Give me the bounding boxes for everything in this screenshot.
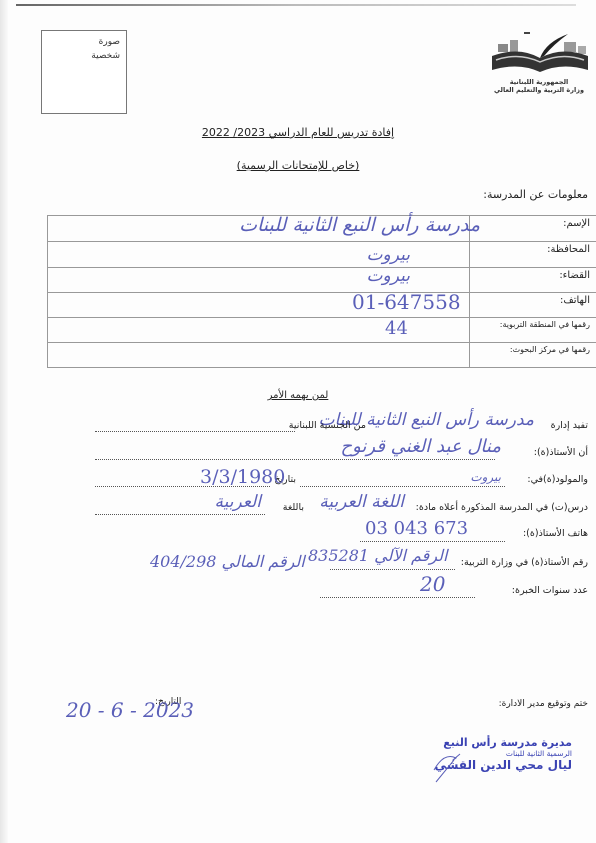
teacher-phone-label: هاتف الأستاذ(ة): <box>523 528 588 539</box>
district-value: بيروت <box>330 266 410 286</box>
logo-caption-2: وزارة التربية والتعليم العالي <box>484 86 594 94</box>
to-whom-heading: لمن يهمه الأمر <box>0 390 596 401</box>
experience-label: عدد سنوات الخبرة: <box>512 585 588 596</box>
governorate-value: بيروت <box>330 245 410 265</box>
educational-region-label: رقمها في المنطقة التربوية: <box>470 318 596 343</box>
ministry-number-label: رقم الأستاذ(ة) في وزارة التربية: <box>461 557 588 568</box>
ministry-logo: الجمهورية اللبنانية وزارة التربية والتعل… <box>484 30 594 106</box>
language-label: باللغة <box>283 502 304 513</box>
experience-value: 20 <box>420 572 445 596</box>
page-subtitle: (خاص للإمتحانات الرسمية) <box>0 159 596 172</box>
governorate-label: المحافظة: <box>470 242 596 268</box>
ministry-number-dots <box>330 568 455 570</box>
logo-caption-1: الجمهورية اللبنانية <box>484 78 594 86</box>
page-title: إفادة تدريس للعام الدراسي 2023/ 2022 <box>0 126 596 139</box>
educational-region-value: 44 <box>385 318 408 339</box>
financial-number-value: الرقم المالي 404/298 <box>150 552 305 571</box>
subject-value: اللغة العربية <box>319 492 404 512</box>
scan-top-line <box>16 4 576 6</box>
photo-label-2: شخصية <box>91 51 120 61</box>
born-place-label: والمولود(ة)في: <box>527 474 588 485</box>
phone-label: الهاتف: <box>470 293 596 318</box>
teacher-dots <box>95 458 495 460</box>
school-info-table: الإسم: المحافظة: القضاء: الهاتف: رقمها ف… <box>47 215 596 368</box>
signature-label: ختم وتوقيع مدير الادارة: <box>499 699 588 709</box>
language-dots <box>95 513 265 515</box>
footer-date-value: 20 - 6 - 2023 <box>66 698 194 722</box>
school-name-value: مدرسة رأس النبع الثانية للبنات <box>205 214 480 236</box>
teacher-name-value: منال عبد الغني قرنوح <box>341 436 502 457</box>
ministry-number-value: الرقم الآلي 835281 <box>308 546 447 565</box>
school-phone-value: 01-647558 <box>352 290 461 314</box>
born-place-value: بيروت <box>470 470 501 484</box>
open-book-logo-icon <box>484 30 594 78</box>
signature-scribble-icon <box>430 742 470 784</box>
language-value: العربية <box>215 492 261 512</box>
research-center-label: رقمها في مركز البحوث: <box>470 343 596 368</box>
admin-dots <box>95 430 295 432</box>
photo-placeholder: صورة شخصية <box>41 30 127 114</box>
experience-dots <box>320 596 475 598</box>
admin-prefix: تفيد إدارة <box>551 420 588 431</box>
born-date-dots <box>95 485 270 487</box>
photo-label-1: صورة <box>99 37 120 47</box>
research-center-value-cell <box>48 343 470 368</box>
school-name-label: الإسم: <box>470 216 596 242</box>
born-place-dots <box>300 485 505 487</box>
admin-suffix: من الجنسية اللبنانية <box>289 420 366 431</box>
district-label: القضاء: <box>470 268 596 293</box>
school-info-heading: معلومات عن المدرسة: <box>483 188 588 201</box>
subject-label: درس(ت) في المدرسة المذكورة أعلاه مادة: <box>416 502 588 513</box>
teacher-label: أن الأستاذ(ة): <box>534 447 588 458</box>
teacher-phone-dots <box>360 540 505 542</box>
teacher-phone-value: 03 043 673 <box>365 518 468 539</box>
